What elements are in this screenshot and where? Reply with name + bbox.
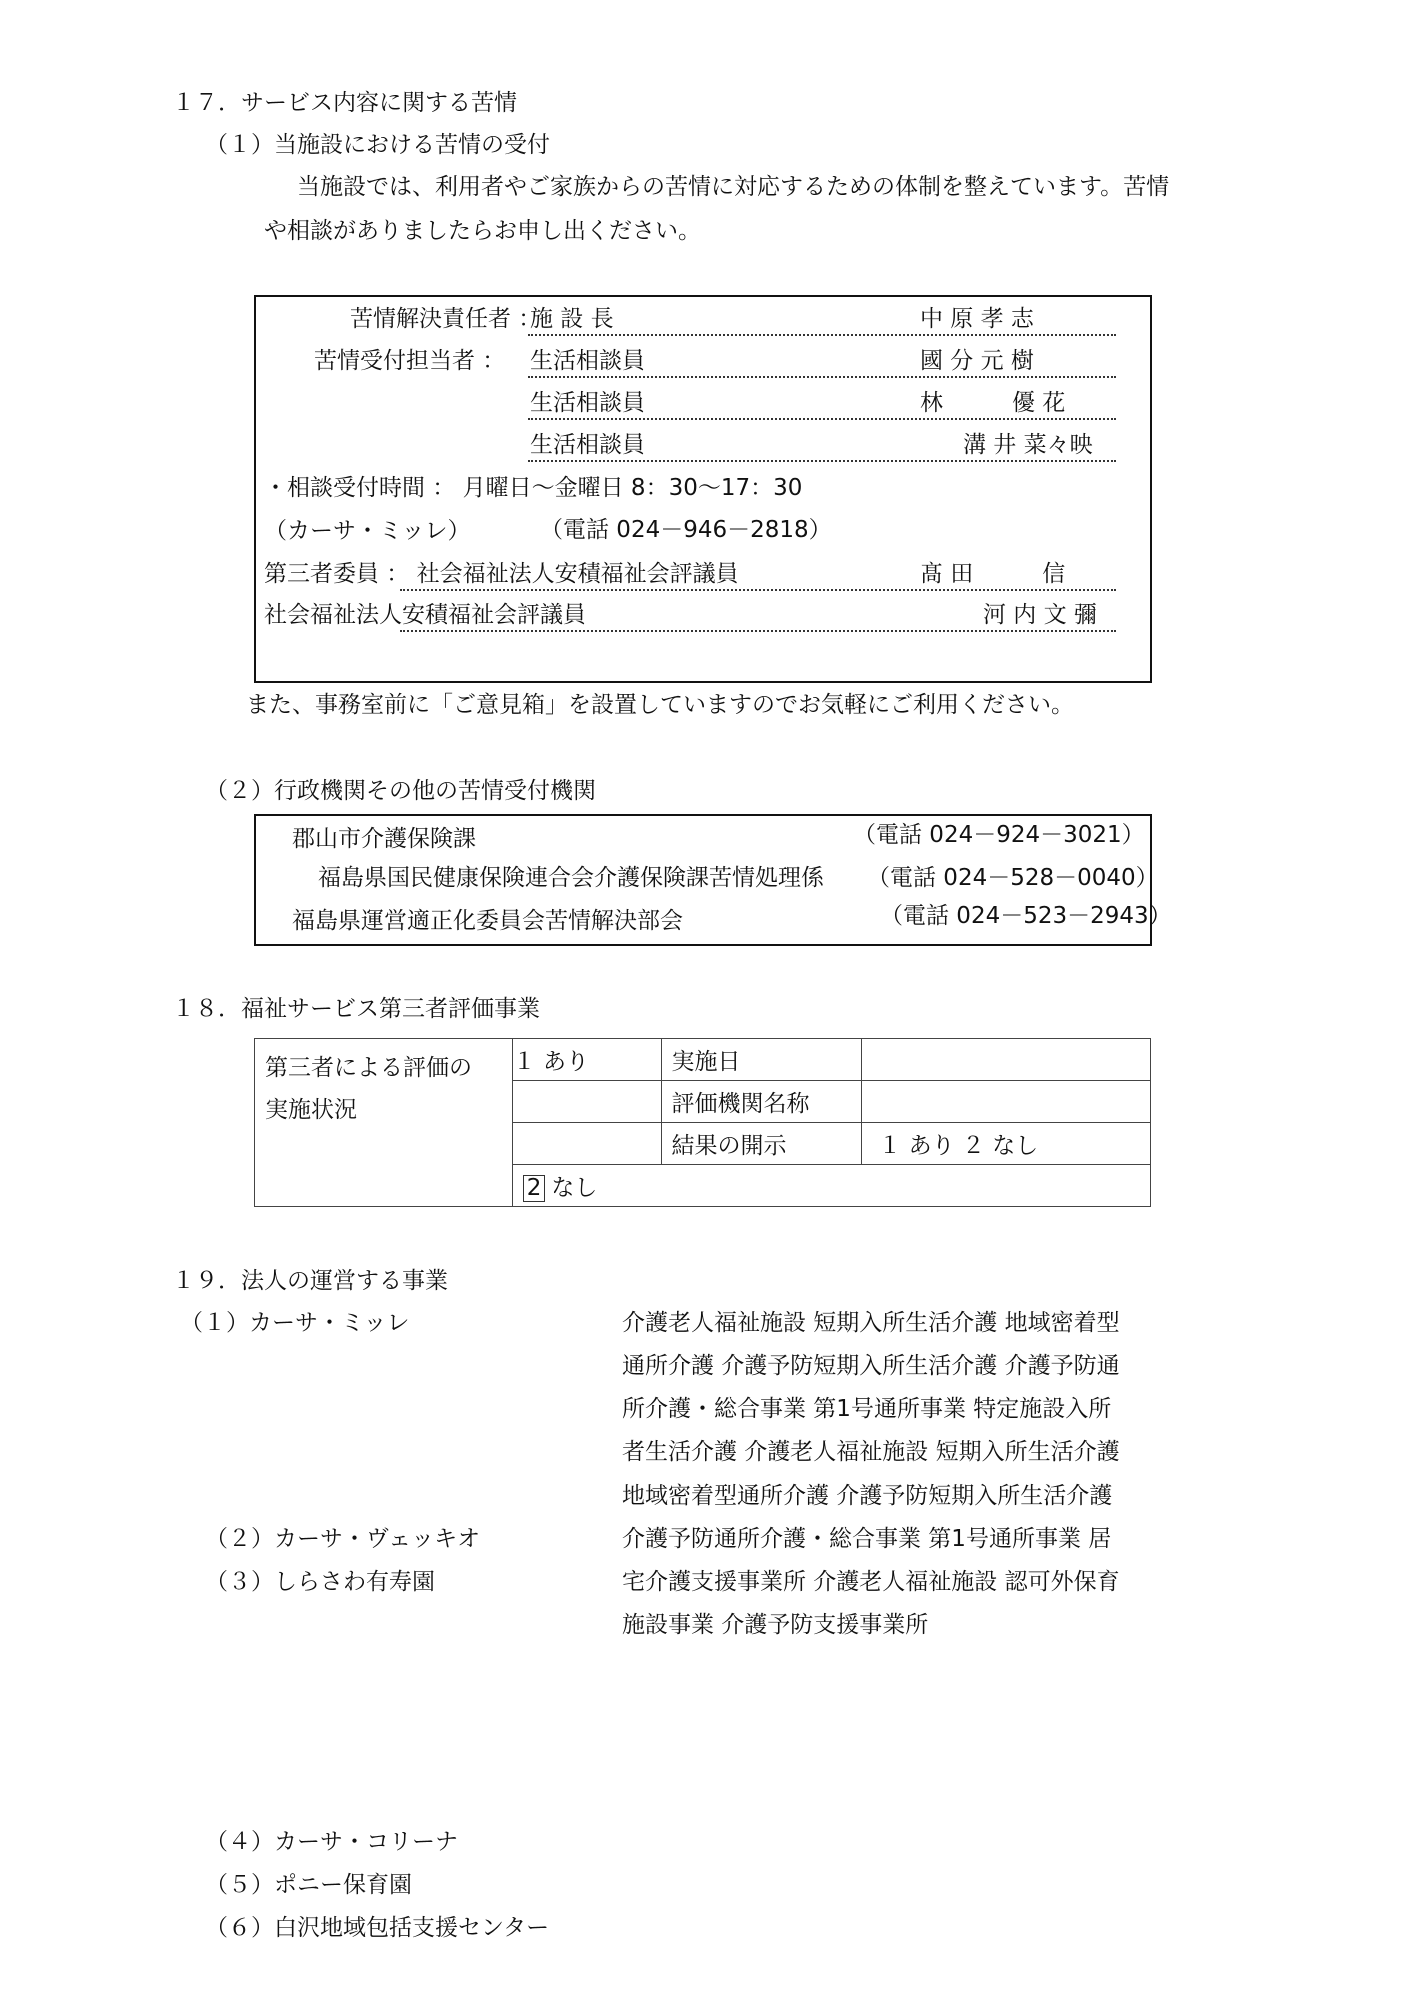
- section-18-heading: １８．福祉サービス第三者評価事業: [172, 998, 540, 1021]
- option-no-cell: 2なし: [512, 1165, 1150, 1207]
- section-17-heading: １７．サービス内容に関する苦情: [172, 92, 517, 115]
- selected-option-box: 2: [523, 1175, 546, 1202]
- responsible-role: 施 設 長: [530, 308, 614, 331]
- suggestion-box-note: また、事務室前に「ご意見箱」を設置していますのでお気軽にご利用ください。: [246, 694, 1074, 717]
- reception-name-1: 國 分 元 樹: [920, 350, 1034, 373]
- third-party-name-1: 髙 田 信: [920, 563, 1065, 586]
- field-value: １ あり ２ なし: [862, 1123, 1151, 1165]
- agency-name-2: 福島県国民健康保険連合会介護保険課苦情処理係: [318, 867, 824, 890]
- field-value: [862, 1039, 1151, 1081]
- third-party-label-2: 社会福祉法人安積福祉会評議員: [264, 604, 586, 627]
- section-17-1-heading: （１）当施設における苦情の受付: [205, 134, 550, 157]
- field-label: 結果の開示: [661, 1123, 862, 1165]
- services-line-1: 介護老人福祉施設 短期入所生活介護 地域密着型: [622, 1312, 1120, 1335]
- business-item-2: （２）カーサ・ヴェッキオ: [205, 1528, 480, 1551]
- third-party-name-2: 河 内 文 彌: [983, 604, 1097, 627]
- dotted-line: [400, 589, 1116, 591]
- reception-role-3: 生活相談員: [530, 434, 645, 457]
- services-line-6: 介護予防通所介護・総合事業 第1号通所事業 居: [622, 1528, 1111, 1551]
- dotted-line: [528, 334, 1116, 336]
- services-line-7: 宅介護支援事業所 介護老人福祉施設 認可外保育: [622, 1571, 1120, 1594]
- field-label: 評価機関名称: [661, 1081, 862, 1123]
- option-no-text: なし: [551, 1175, 597, 1201]
- field-label: 実施日: [661, 1039, 862, 1081]
- reception-role-2: 生活相談員: [530, 392, 645, 415]
- services-line-4: 者生活介護 介護老人福祉施設 短期入所生活介護: [622, 1441, 1120, 1464]
- facility-name: （カーサ・ミッレ）: [264, 520, 471, 543]
- eval-label-line1: 第三者による評価の: [265, 1055, 472, 1081]
- dotted-line: [400, 630, 1116, 632]
- field-value: [862, 1081, 1151, 1123]
- agency-phone-3: （電話 024－523－2943）: [880, 905, 1172, 928]
- evaluation-table: 第三者による評価の 実施状況 １ あり 実施日 評価機関名称 結果の開示 １ あ…: [254, 1038, 1151, 1207]
- services-line-2: 通所介護 介護予防短期入所生活介護 介護予防通: [622, 1355, 1120, 1378]
- dotted-line: [528, 460, 1116, 462]
- responsible-name: 中 原 孝 志: [920, 308, 1034, 331]
- agency-phone-2: （電話 024－528－0040）: [867, 867, 1159, 890]
- reception-name-3: 溝 井 菜々映: [963, 434, 1093, 457]
- services-line-3: 所介護・総合事業 第1号通所事業 特定施設入所: [622, 1398, 1111, 1421]
- third-party-label-1: 第三者委員 ： 社会福祉法人安積福祉会評議員: [264, 563, 739, 586]
- agency-name-3: 福島県運営適正化委員会苦情解決部会: [292, 910, 683, 933]
- reception-label: 苦情受付担当者 ：: [314, 350, 505, 373]
- empty-cell: [512, 1081, 661, 1123]
- business-item-4: （４）カーサ・コリーナ: [205, 1831, 458, 1854]
- business-item-1: （１）カーサ・ミッレ: [180, 1312, 410, 1335]
- dotted-line: [528, 376, 1116, 378]
- eval-label-line2: 実施状況: [265, 1097, 357, 1123]
- section-19-heading: １９．法人の運営する事業: [172, 1270, 448, 1293]
- dotted-line: [528, 418, 1116, 420]
- business-item-3: （３）しらさわ有寿園: [205, 1571, 435, 1594]
- intro-paragraph-line2: や相談がありましたらお申し出ください。: [264, 220, 701, 243]
- responsible-label: 苦情解決責任者 ：: [350, 308, 541, 331]
- services-line-8: 施設事業 介護予防支援事業所: [622, 1614, 928, 1637]
- consultation-hours: ・相談受付時間 ： 月曜日～金曜日 8：30～17：30: [264, 477, 802, 500]
- agency-name-1: 郡山市介護保険課: [292, 828, 476, 851]
- reception-name-2: 林 優 花: [920, 392, 1065, 415]
- facility-phone: （電話 024－946－2818）: [540, 519, 832, 542]
- option-yes: １ あり: [512, 1039, 661, 1081]
- services-line-5: 地域密着型通所介護 介護予防短期入所生活介護: [622, 1485, 1112, 1508]
- reception-role-1: 生活相談員: [530, 350, 645, 373]
- business-item-6: （６）白沢地域包括支援センター: [205, 1917, 549, 1940]
- section-17-2-heading: （２）行政機関その他の苦情受付機関: [205, 780, 596, 803]
- empty-cell: [512, 1123, 661, 1165]
- business-item-5: （５）ポニー保育園: [205, 1874, 412, 1897]
- intro-paragraph-line1: 当施設では、利用者やご家族からの苦情に対応するための体制を整えています。苦情: [297, 176, 1169, 199]
- agency-phone-1: （電話 024－924－3021）: [853, 824, 1145, 847]
